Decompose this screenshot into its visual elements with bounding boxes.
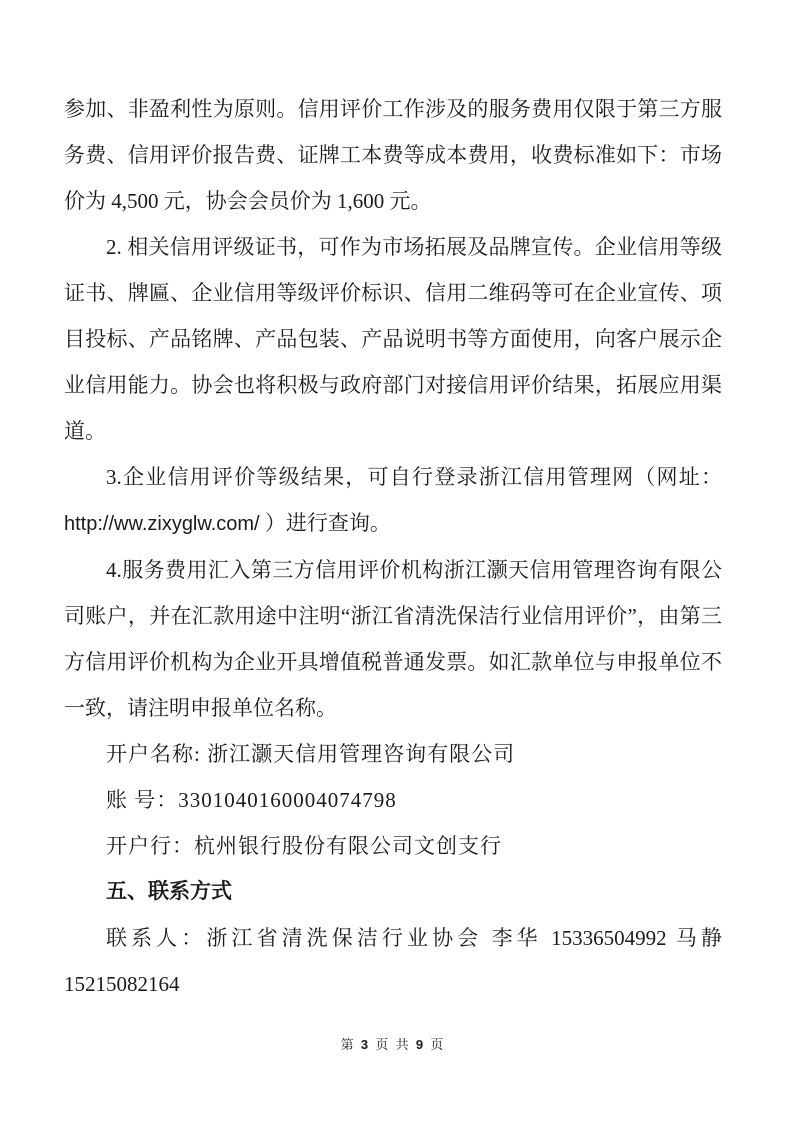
footer-middle-label: 页 共 xyxy=(375,1037,410,1052)
section-heading-contact-info: 五、联系方式 xyxy=(64,869,722,915)
document-page: { "page": { "colors": { "background": "#… xyxy=(0,0,786,1127)
footer-current-page-number: 3 xyxy=(361,1037,370,1052)
account-number-line: 账 号：3301040160004074798 xyxy=(64,777,722,823)
query-text-before: 3.企业信用评价等级结果，可自行登录浙江信用管理网（网址： xyxy=(106,465,722,489)
account-name-line: 开户名称: 浙江灏天信用管理咨询有限公司 xyxy=(64,731,722,777)
paragraph-online-query: 3.企业信用评价等级结果，可自行登录浙江信用管理网（网址：http://ww.z… xyxy=(64,454,722,547)
paragraph-certificate-usage: 2. 相关信用评级证书，可作为市场拓展及品牌宣传。企业信用等级证书、牌匾、企业信… xyxy=(64,224,722,454)
page-footer: 第 3 页 共 9 页 xyxy=(0,1034,786,1053)
credit-website-url: http://ww.zixyglw.com/ xyxy=(64,513,260,535)
paragraph-contact-persons: 联系人：浙江省清洗保洁行业协会 李华 15336504992 马静 152150… xyxy=(64,915,722,1007)
footer-page-prefix: 第 xyxy=(341,1037,356,1052)
footer-page-suffix: 页 xyxy=(430,1037,445,1052)
document-body: 参加、非盈利性为原则。信用评价工作涉及的服务费用仅限于第三方服务费、信用评价报告… xyxy=(64,86,722,1007)
paragraph-payment-instructions: 4.服务费用汇入第三方信用评价机构浙江灏天信用管理咨询有限公司账户，并在汇款用途… xyxy=(64,547,722,731)
paragraph-fee-standard: 参加、非盈利性为原则。信用评价工作涉及的服务费用仅限于第三方服务费、信用评价报告… xyxy=(64,86,722,224)
query-text-after: ）进行查询。 xyxy=(260,511,391,535)
footer-total-pages-number: 9 xyxy=(416,1037,425,1052)
bank-branch-line: 开户行：杭州银行股份有限公司文创支行 xyxy=(64,823,722,869)
